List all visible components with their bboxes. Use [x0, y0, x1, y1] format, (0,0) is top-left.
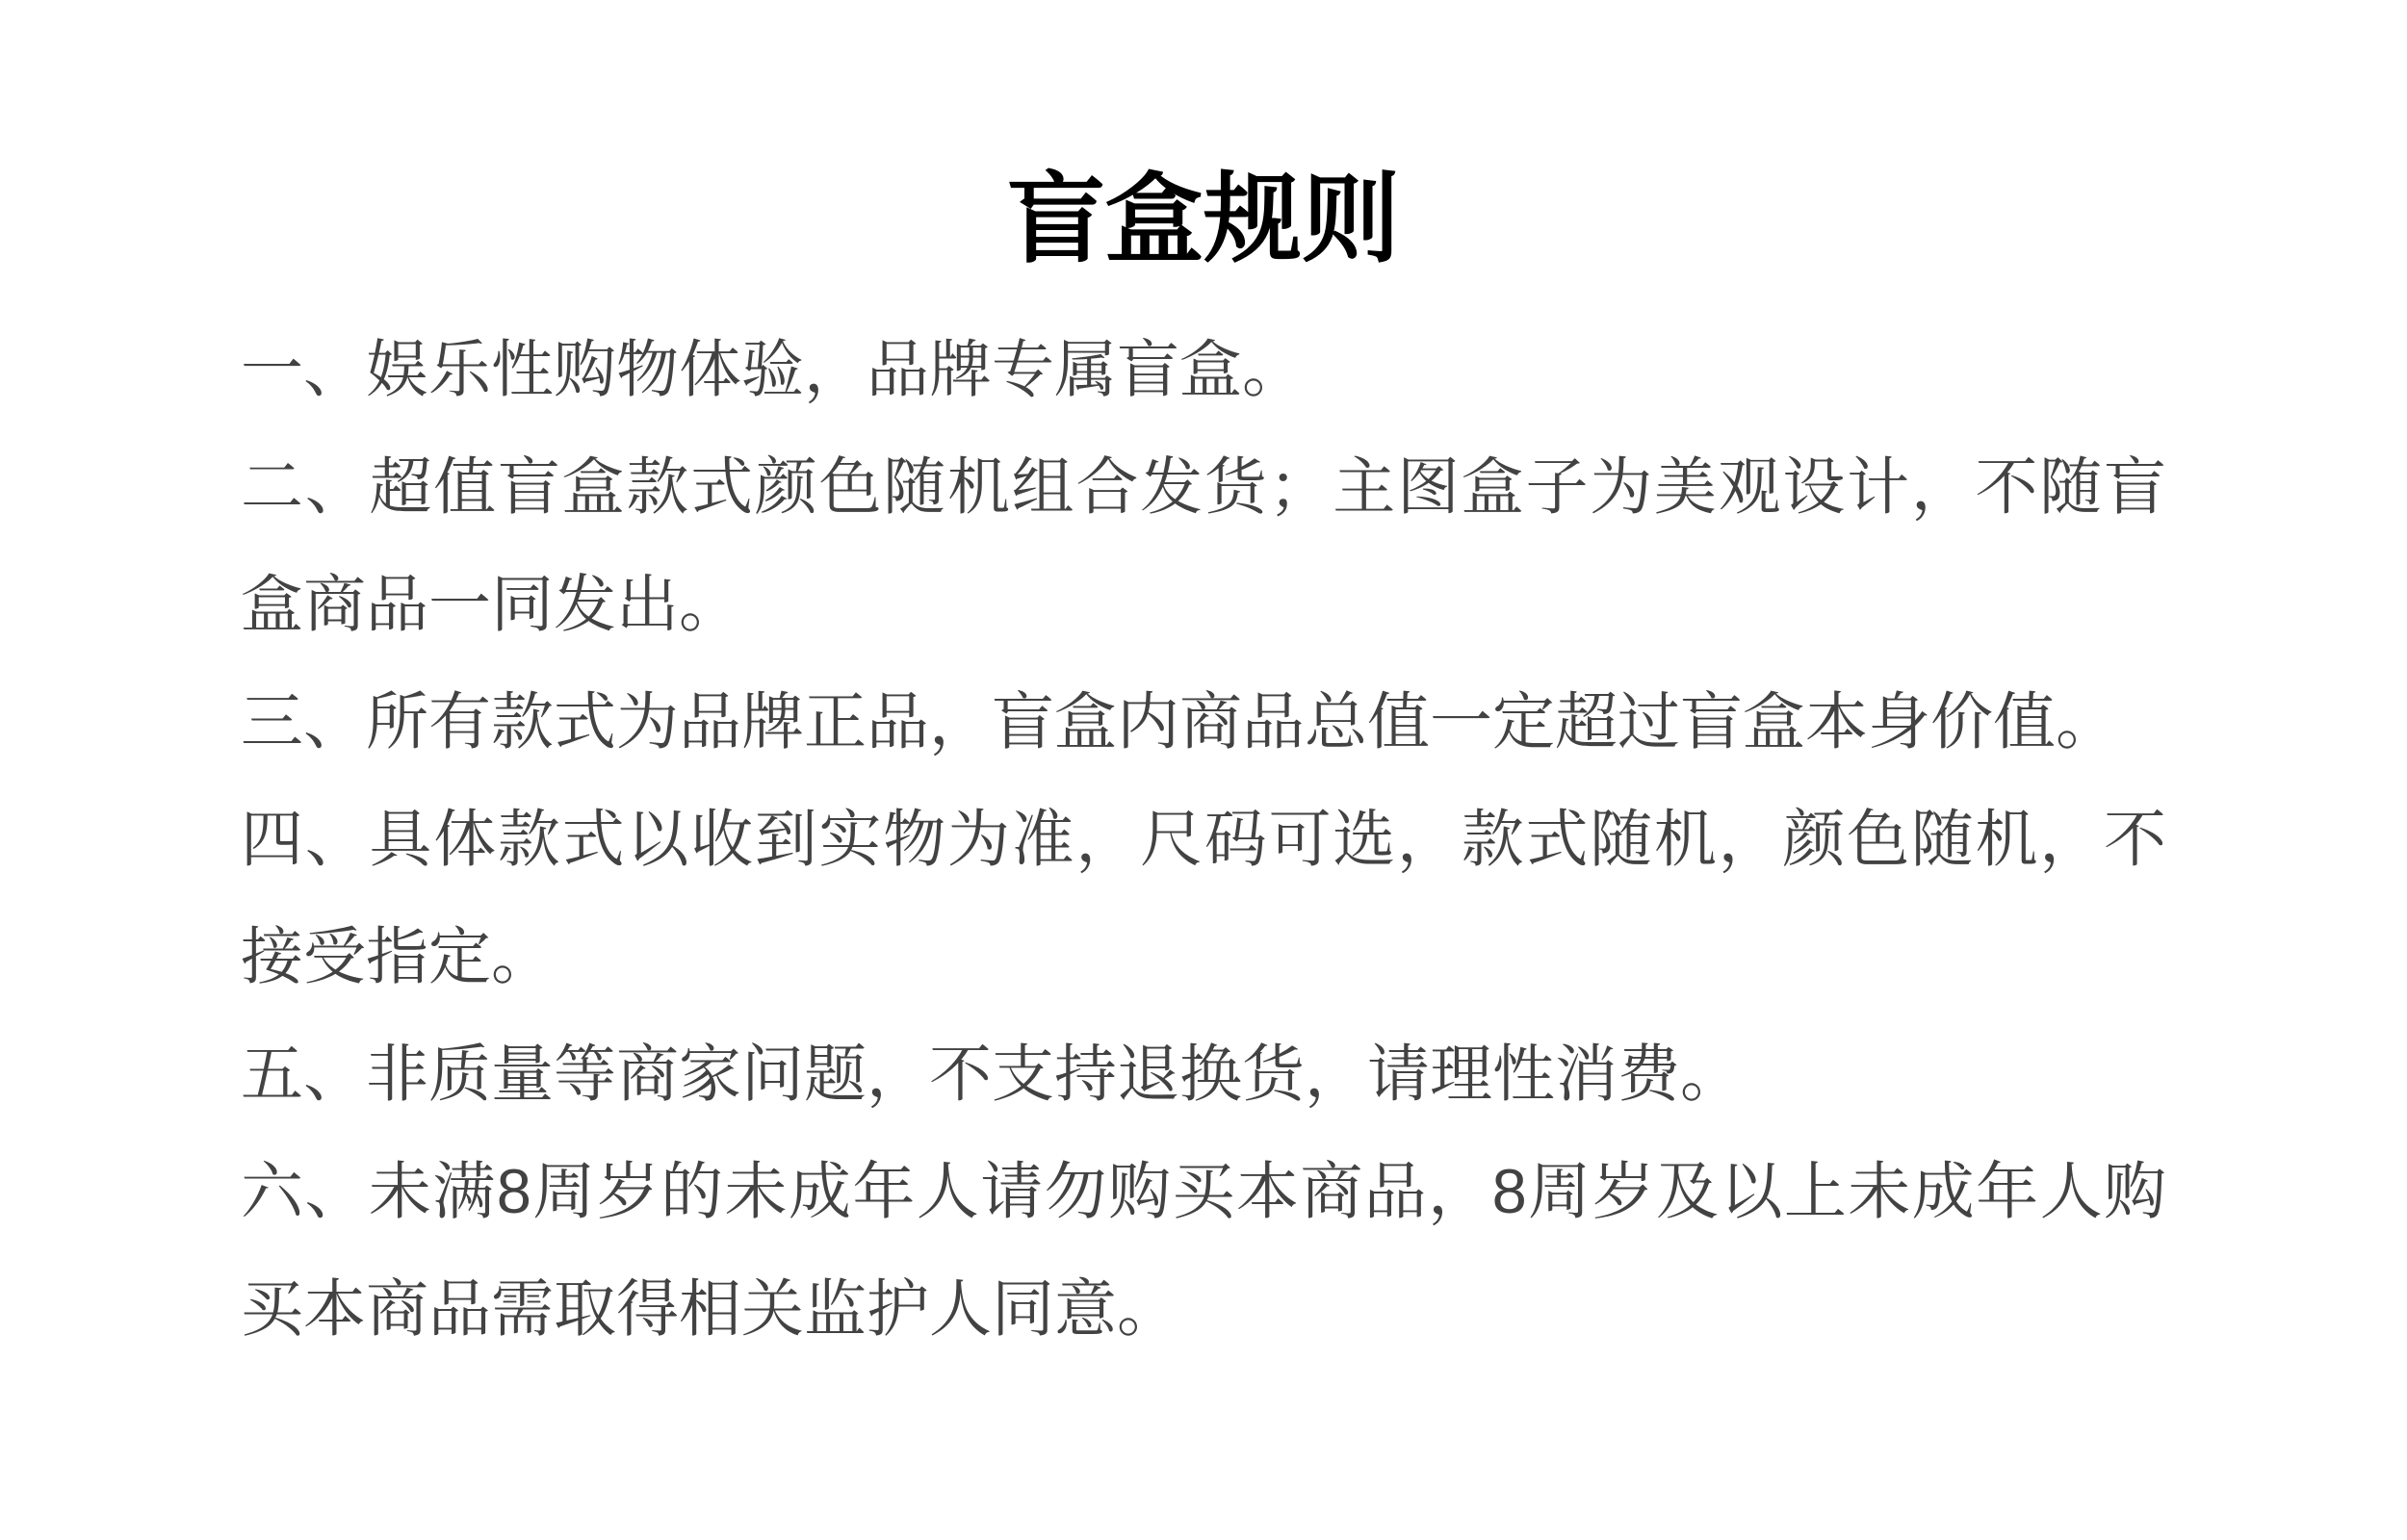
blind-box-rules-page: 盲盒规则 一、娱乐性购物体验，品牌专属盲盒。 二、超值盲盒款式颜色随机组合发货；… — [0, 0, 2407, 1540]
rule-item-4: 四、具体款式以收到实物为准，尺码可选，款式随机，颜色随机，不接受指定。 — [241, 781, 2166, 1015]
rule-item-2: 二、超值盲盒款式颜色随机组合发货；主图盒子为美观设计，不随盲盒商品一同发出。 — [241, 428, 2166, 663]
rule-item-6: 六、未满8周岁的未成年人请勿购买本商品，8周岁及以上未成年人购买本商品需取得相关… — [241, 1133, 2166, 1368]
rule-item-5: 五、非质量等商家问题，不支持退换货，请理性消费。 — [241, 1015, 2166, 1133]
rule-item-1: 一、娱乐性购物体验，品牌专属盲盒。 — [241, 311, 2166, 428]
rule-item-3: 三、所有款式为品牌正品，盲盒内商品总值一定超过盲盒本身价值。 — [241, 663, 2166, 781]
page-title: 盲盒规则 — [0, 0, 2407, 293]
rules-list: 一、娱乐性购物体验，品牌专属盲盒。 二、超值盲盒款式颜色随机组合发货；主图盒子为… — [241, 311, 2166, 1368]
